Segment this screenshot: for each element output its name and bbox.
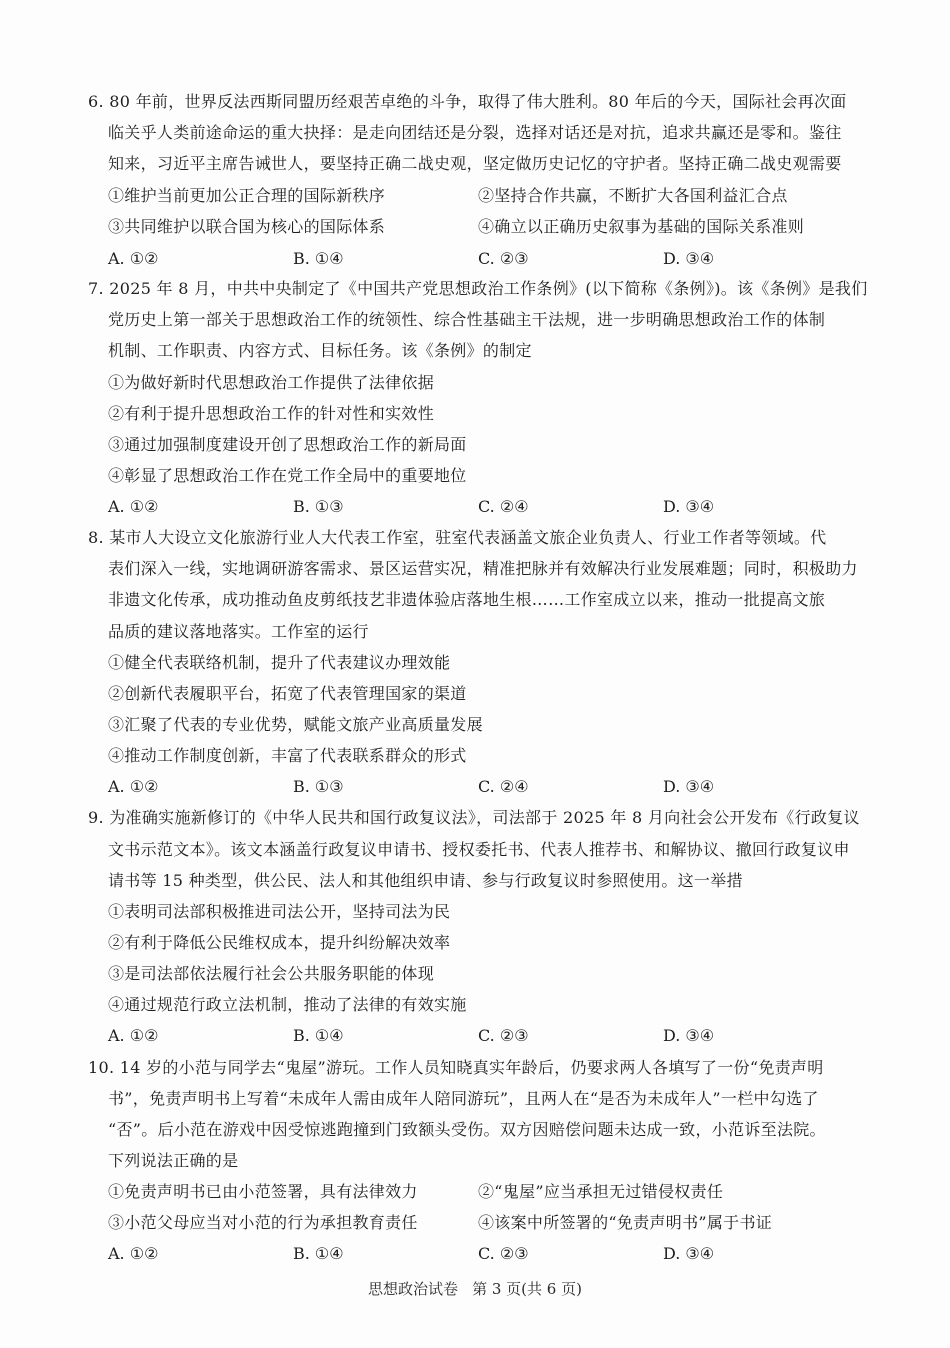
question-7-stem-line-2: 党历史上第一部关于思想政治工作的统领性、综合性基础主干法规，进一步明确思想政治工… [108, 310, 825, 330]
question-8-stem-line-1: 8. 某市人大设立文化旅游行业人大代表工作室，驻室代表涵盖文旅企业负责人、行业工… [88, 528, 826, 548]
page-footer: 思想政治试卷第 3 页(共 6 页) [0, 1279, 950, 1299]
question-9-choice-c: C. ②③ [478, 1026, 529, 1046]
question-8-choice-b: B. ①③ [293, 777, 344, 797]
question-7-choice-b: B. ①③ [293, 497, 344, 517]
question-8-statement-1: ①健全代表联络机制，提升了代表建议办理效能 [108, 653, 450, 673]
question-9-statement-3: ③是司法部依法履行社会公共服务职能的体现 [108, 964, 434, 984]
question-10-choice-c: C. ②③ [478, 1244, 529, 1264]
question-8-choice-c: C. ②④ [478, 777, 529, 797]
question-6-stem-line-2: 临关乎人类前途命运的重大抉择：是走向团结还是分裂，选择对话还是对抗，追求共赢还是… [108, 123, 842, 143]
question-6-stem-line-3: 知来，习近平主席告诫世人，要坚持正确二战史观，坚定做历史记忆的守护者。坚持正确二… [108, 154, 842, 174]
question-10-stem-line-1: 10. 14 岁的小范与同学去“鬼屋”游玩。工作人员知晓真实年龄后，仍要求两人各… [88, 1058, 824, 1078]
footer-title: 思想政治试卷 [368, 1280, 458, 1298]
question-8-stem-line-3: 非遗文化传承，成功推动鱼皮剪纸技艺非遗体验店落地生根……工作室成立以来，推动一批… [108, 590, 825, 610]
question-6-statement-3: ③共同维护以联合国为核心的国际体系 [108, 217, 385, 237]
question-10-statement-4: ④该案中所签署的“免责声明书”属于书证 [478, 1213, 772, 1233]
question-9-stem-line-3: 请书等 15 种类型，供公民、法人和其他组织申请、参与行政复议时参照使用。这一举… [108, 871, 743, 891]
question-10-statement-1: ①免责声明书已由小范签署，具有法律效力 [108, 1182, 418, 1202]
question-9-choice-a: A. ①② [108, 1026, 158, 1046]
question-10-stem-line-2: 书”，免责声明书上写着“未成年人需由成年人陪同游玩”，且两人在“是否为未成年人”… [108, 1089, 819, 1109]
question-10-choice-a: A. ①② [108, 1244, 158, 1264]
question-8-choice-d: D. ③④ [663, 777, 714, 797]
question-7-choice-a: A. ①② [108, 497, 158, 517]
question-6-choice-c: C. ②③ [478, 249, 529, 269]
question-8-stem-line-2: 表们深入一线，实地调研游客需求、景区运营实况，精准把脉并有效解决行业发展难题；同… [108, 559, 858, 579]
exam-page: 6. 80 年前，世界反法西斯同盟历经艰苦卓绝的斗争，取得了伟大胜利。80 年后… [0, 0, 950, 1348]
question-8-statement-4: ④推动工作制度创新，丰富了代表联系群众的形式 [108, 746, 467, 766]
question-10-statement-2: ②“鬼屋”应当承担无过错侵权责任 [478, 1182, 723, 1202]
question-7-choice-c: C. ②④ [478, 497, 529, 517]
question-10-stem-line-3: “否”。后小范在游戏中因受惊逃跑撞到门致额头受伤。双方因赔偿问题未达成一致，小范… [108, 1120, 826, 1140]
question-6-choice-a: A. ①② [108, 249, 158, 269]
question-8-statement-3: ③汇聚了代表的专业优势，赋能文旅产业高质量发展 [108, 715, 483, 735]
question-9-statement-1: ①表明司法部积极推进司法公开，坚持司法为民 [108, 902, 450, 922]
footer-page-number: 第 3 页(共 6 页) [472, 1280, 582, 1298]
question-9-statement-2: ②有利于降低公民维权成本，提升纠纷解决效率 [108, 933, 450, 953]
question-9-choice-d: D. ③④ [663, 1026, 714, 1046]
question-9-statement-4: ④通过规范行政立法机制，推动了法律的有效实施 [108, 995, 467, 1015]
question-7-statement-3: ③通过加强制度建设开创了思想政治工作的新局面 [108, 435, 467, 455]
question-10-stem-line-4: 下列说法正确的是 [108, 1151, 238, 1171]
question-9-stem-line-2: 文书示范文本》。该文本涵盖行政复议申请书、授权委托书、代表人推荐书、和解协议、撤… [108, 840, 850, 860]
question-6-choice-b: B. ①④ [293, 249, 344, 269]
question-10-choice-b: B. ①④ [293, 1244, 344, 1264]
question-7-stem-line-1: 7. 2025 年 8 月，中共中央制定了《中国共产党思想政治工作条例》(以下简… [88, 279, 868, 299]
question-7-stem-line-3: 机制、工作职责、内容方式、目标任务。该《条例》的制定 [108, 341, 532, 361]
question-10-choice-d: D. ③④ [663, 1244, 714, 1264]
question-9-stem-line-1: 9. 为准确实施新修订的《中华人民共和国行政复议法》，司法部于 2025 年 8… [88, 808, 860, 828]
question-8-statement-2: ②创新代表履职平台，拓宽了代表管理国家的渠道 [108, 684, 467, 704]
question-10-statement-3: ③小范父母应当对小范的行为承担教育责任 [108, 1213, 418, 1233]
question-7-statement-1: ①为做好新时代思想政治工作提供了法律依据 [108, 373, 434, 393]
question-6-stem-line-1: 6. 80 年前，世界反法西斯同盟历经艰苦卓绝的斗争，取得了伟大胜利。80 年后… [88, 92, 847, 112]
question-6-statement-2: ②坚持合作共赢，不断扩大各国利益汇合点 [478, 186, 788, 206]
question-6-statement-4: ④确立以正确历史叙事为基础的国际关系准则 [478, 217, 804, 237]
question-9-choice-b: B. ①④ [293, 1026, 344, 1046]
question-6-statement-1: ①维护当前更加公正合理的国际新秩序 [108, 186, 385, 206]
question-8-choice-a: A. ①② [108, 777, 158, 797]
question-6-choice-d: D. ③④ [663, 249, 714, 269]
question-8-stem-line-4: 品质的建议落地落实。工作室的运行 [108, 622, 369, 642]
question-7-choice-d: D. ③④ [663, 497, 714, 517]
question-7-statement-4: ④彰显了思想政治工作在党工作全局中的重要地位 [108, 466, 467, 486]
question-7-statement-2: ②有利于提升思想政治工作的针对性和实效性 [108, 404, 434, 424]
